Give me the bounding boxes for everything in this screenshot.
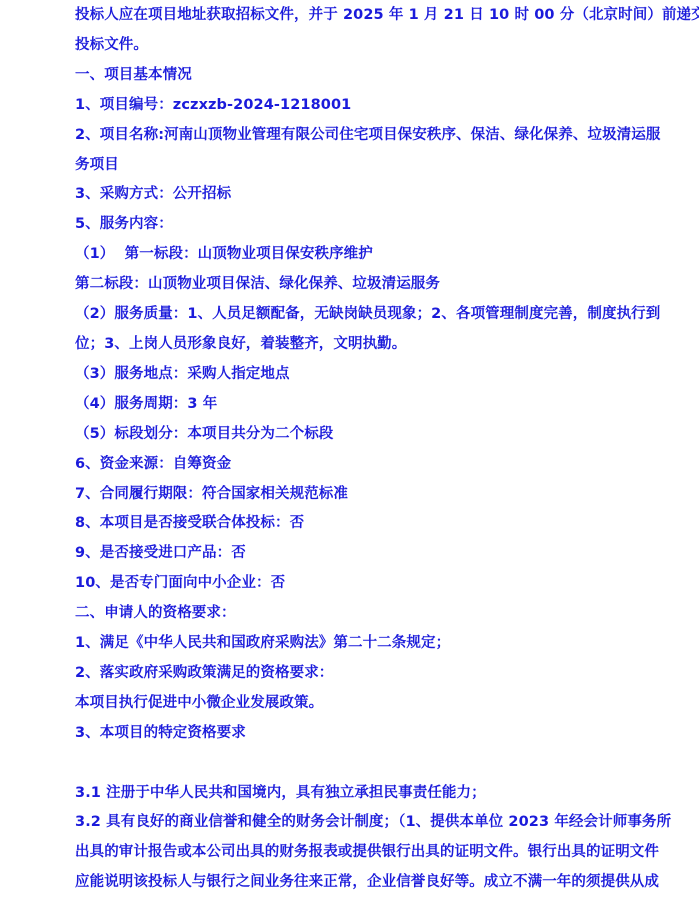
blank-line (75, 749, 661, 779)
line-service-quality-cont: 位；3、上岗人员形象良好，着装整齐，文明执勤。 (75, 330, 661, 360)
heading-applicant-qualifications: 二、申请人的资格要求： (75, 599, 661, 629)
line-procurement-method: 3、采购方式：公开招标 (75, 180, 661, 210)
line-consortium-bid: 8、本项目是否接受联合体投标：否 (75, 509, 661, 539)
document-page: 投标人应在项目地址获取招标文件，并于 2025 年 1 月 21 日 10 时 … (0, 0, 699, 904)
line-sme-policy: 本项目执行促进中小微企业发展政策。 (75, 689, 661, 719)
line-qualification-3-1: 3.1 注册于中华人民共和国境内，具有独立承担民事责任能力； (75, 779, 661, 809)
heading-project-basic-info: 一、项目基本情况 (75, 61, 661, 91)
line-contract-term: 7、合同履行期限：符合国家相关规范标准 (75, 480, 661, 510)
line-qualification-3-2: 3.2 具有良好的商业信誉和健全的财务会计制度；（1、提供本单位 2023 年经… (75, 808, 661, 838)
line-section-division: （5）标段划分：本项目共分为二个标段 (75, 420, 661, 450)
line-section-1: （1） 第一标段：山顶物业项目保安秩序维护 (75, 240, 661, 270)
line-project-number: 1、项目编号：zczxzb-2024-1218001 (75, 91, 661, 121)
line-imported-products: 9、是否接受进口产品：否 (75, 539, 661, 569)
line-funding-source: 6、资金来源：自筹资金 (75, 450, 661, 480)
line-tender-deadline-cont: 投标文件。 (75, 31, 661, 61)
line-qualification-3-2-cont2: 应能说明该投标人与银行之间业务往来正常，企业信誉良好等。成立不满一年的须提供从成 (75, 868, 661, 898)
line-section-2: 第二标段：山顶物业项目保洁、绿化保养、垃圾清运服务 (75, 270, 661, 300)
line-service-location: （3）服务地点：采购人指定地点 (75, 360, 661, 390)
line-qualification-3-2-cont1: 出具的审计报告或本公司出具的财务报表或提供银行出具的证明文件。银行出具的证明文件 (75, 838, 661, 868)
line-service-content: 5、服务内容： (75, 210, 661, 240)
line-specific-qualification: 3、本项目的特定资格要求 (75, 719, 661, 749)
line-qualification-2: 2、落实政府采购政策满足的资格要求： (75, 659, 661, 689)
line-service-quality: （2）服务质量：1、人员足额配备，无缺岗缺员现象；2、各项管理制度完善，制度执行… (75, 300, 661, 330)
line-service-period: （4）服务周期：3 年 (75, 390, 661, 420)
line-tender-deadline: 投标人应在项目地址获取招标文件，并于 2025 年 1 月 21 日 10 时 … (75, 1, 661, 31)
line-project-name-cont: 务项目 (75, 151, 661, 181)
line-sme-targeted: 10、是否专门面向中小企业：否 (75, 569, 661, 599)
line-project-name: 2、项目名称:河南山顶物业管理有限公司住宅项目保安秩序、保洁、绿化保养、垃圾清运… (75, 121, 661, 151)
line-qualification-1: 1、满足《中华人民共和国政府采购法》第二十二条规定； (75, 629, 661, 659)
